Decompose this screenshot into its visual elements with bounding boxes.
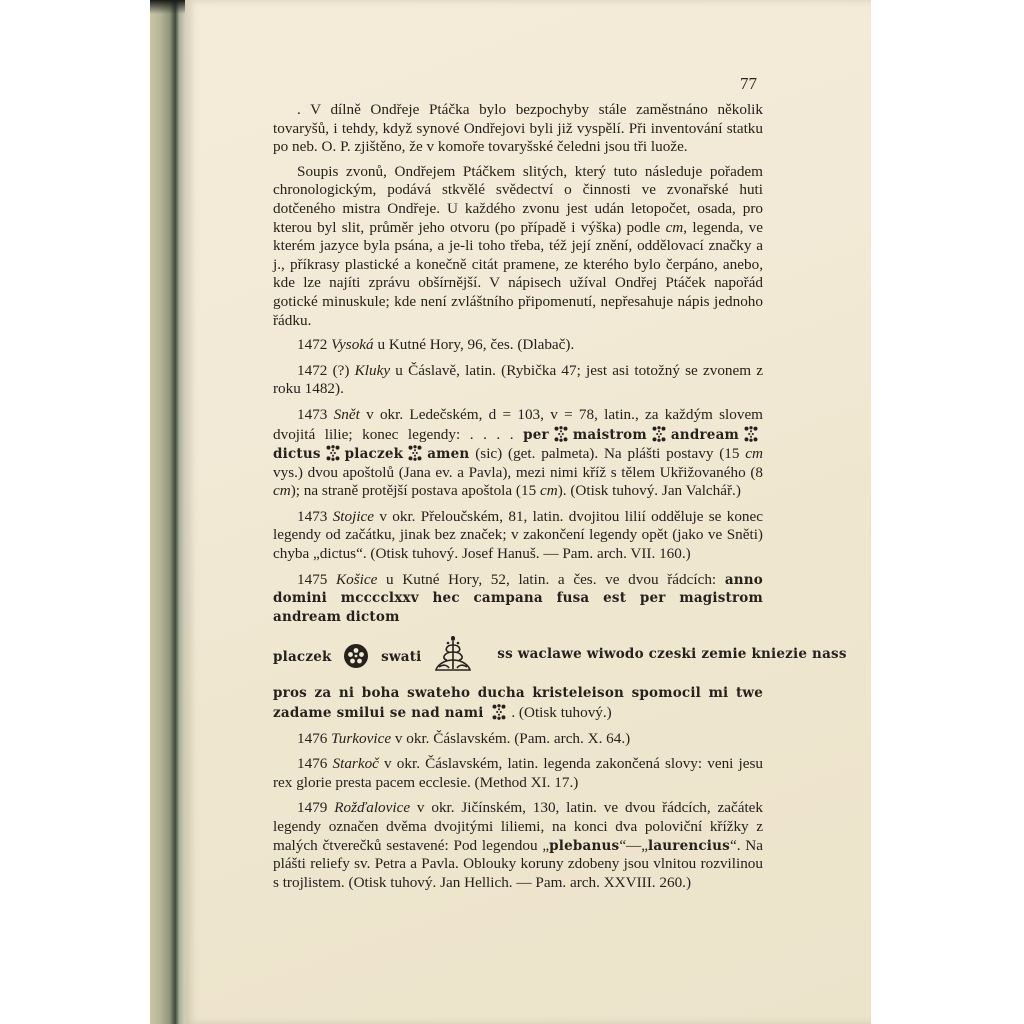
bell-entry-stojice: 1473 Stojice v okr. Přeloučském, 81, lat… bbox=[273, 508, 763, 564]
page-body: . V dílně Ondřeje Ptáčka bylo bezpochyby… bbox=[273, 101, 763, 899]
entry-place: Stojice bbox=[333, 508, 374, 525]
kosice-last-lines: pros za ni boha swateho ducha kristeleis… bbox=[273, 684, 763, 722]
entry-place: Rožďalovice bbox=[334, 799, 410, 816]
palmette-tree-ornament-icon bbox=[433, 633, 473, 675]
entry-text: (sic) (get. palmeta). Na plášti postavy … bbox=[469, 445, 745, 462]
entry-year: 1476 bbox=[297, 755, 327, 772]
entry-place: Snět bbox=[334, 406, 360, 423]
gothic-inscription-word: maistrom bbox=[573, 427, 647, 443]
rosette-ornament-icon bbox=[343, 643, 369, 669]
gothic-inscription-word: amen bbox=[427, 446, 469, 462]
gothic-inscription-line: ss waclawe wiwodo czeski zemie kniezie n… bbox=[497, 645, 846, 664]
bell-entry-turkovice: 1476 Turkovice v okr. Čáslavském. (Pam. … bbox=[273, 730, 763, 749]
entry-place: Starkoč bbox=[333, 755, 379, 772]
double-lily-ornament-icon bbox=[650, 425, 668, 443]
book-page: 77 . V dílně Ondřeje Ptáčka bylo bezpoch… bbox=[185, 0, 871, 1024]
entry-place: Košice bbox=[336, 571, 377, 588]
intro-paragraph-1: . V dílně Ondřeje Ptáčka bylo bezpochyby… bbox=[273, 101, 763, 157]
gothic-inscription-word: dictus bbox=[273, 446, 321, 462]
double-lily-ornament-icon bbox=[552, 425, 570, 443]
entry-text: ); na straně protější postava apoštola (… bbox=[291, 482, 540, 499]
scanned-book-spread: 77 . V dílně Ondřeje Ptáčka bylo bezpoch… bbox=[0, 0, 1024, 1024]
bell-entry-kluky: 1472 (?) Kluky u Čáslavě, latin. (Rybičk… bbox=[273, 362, 763, 399]
double-lily-ornament-icon bbox=[324, 444, 342, 462]
entry-year: 1479 bbox=[297, 799, 327, 816]
unit-cm: cm bbox=[540, 482, 558, 499]
gothic-inscription-word: laurencius bbox=[648, 838, 730, 854]
bell-entry-kosice: 1475 Košice u Kutné Hory, 52, latin. a č… bbox=[273, 571, 763, 723]
entry-text: u Kutné Hory, 52, latin. a čes. ve dvou … bbox=[377, 571, 724, 588]
entry-year: 1472 (?) bbox=[297, 362, 349, 379]
entry-text: v okr. Čáslavském. (Pam. arch. X. 64.) bbox=[391, 730, 630, 747]
entry-text: “—„ bbox=[619, 837, 648, 854]
intro-paragraph-2: Soupis zvonů, Ondřejem Ptáčkem slitých, … bbox=[273, 163, 763, 330]
gothic-inscription-word: per bbox=[523, 427, 549, 443]
kosice-first-lines: 1475 Košice u Kutné Hory, 52, latin. a č… bbox=[273, 571, 763, 627]
unit-cm: cm bbox=[745, 445, 763, 462]
unit-cm: cm bbox=[666, 219, 684, 236]
gothic-inscription-word: andream bbox=[671, 427, 739, 443]
entry-year: 1476 bbox=[297, 730, 327, 747]
double-lily-ornament-icon bbox=[490, 703, 508, 721]
book-spine bbox=[150, 0, 186, 1024]
entry-year: 1472 bbox=[297, 336, 327, 353]
gothic-inscription-word: placzek bbox=[345, 446, 404, 462]
gothic-inscription-word: placzek bbox=[273, 649, 332, 665]
gothic-inscription-word: plebanus bbox=[549, 838, 619, 854]
entry-text: vys.) dvou apoštolů (Jana ev. a Pavla), … bbox=[273, 464, 763, 481]
bell-entry-snet: 1473 Snět v okr. Ledečském, d = 103, v =… bbox=[273, 406, 763, 501]
intro-text-1: . V dílně Ondřeje Ptáčka bylo bezpochyby… bbox=[273, 101, 763, 155]
entry-year: 1473 bbox=[297, 406, 327, 423]
entry-year: 1475 bbox=[297, 571, 327, 588]
entry-text: ). (Otisk tuhový. Jan Valchář.) bbox=[558, 482, 741, 499]
bell-entry-rozdalovice: 1479 Rožďalovice v okr. Jičínském, 130, … bbox=[273, 799, 763, 892]
entry-year: 1473 bbox=[297, 508, 327, 525]
entry-place: Vysoká bbox=[331, 336, 373, 353]
bell-entry-vysoka: 1472 Vysoká u Kutné Hory, 96, čes. (Dlab… bbox=[273, 336, 763, 355]
entry-place: Turkovice bbox=[331, 730, 391, 747]
unit-cm: cm bbox=[273, 482, 291, 499]
double-lily-ornament-icon bbox=[406, 444, 424, 462]
gothic-inscription-word: swati bbox=[381, 649, 421, 665]
bell-entry-starkoc: 1476 Starkoč v okr. Čáslavském, latin. l… bbox=[273, 755, 763, 792]
inscription-left-part: placzek swati bbox=[273, 633, 479, 675]
entry-text: u Kutné Hory, 96, čes. (Dlabač). bbox=[374, 336, 575, 353]
entry-place: Kluky bbox=[355, 362, 390, 379]
double-lily-ornament-icon bbox=[742, 425, 760, 443]
page-number: 77 bbox=[740, 74, 757, 94]
inscription-two-rows: placzek swati ss waclawe wiwodo czeski z… bbox=[273, 632, 763, 676]
entry-text: . (Otisk tuhový.) bbox=[511, 704, 611, 721]
